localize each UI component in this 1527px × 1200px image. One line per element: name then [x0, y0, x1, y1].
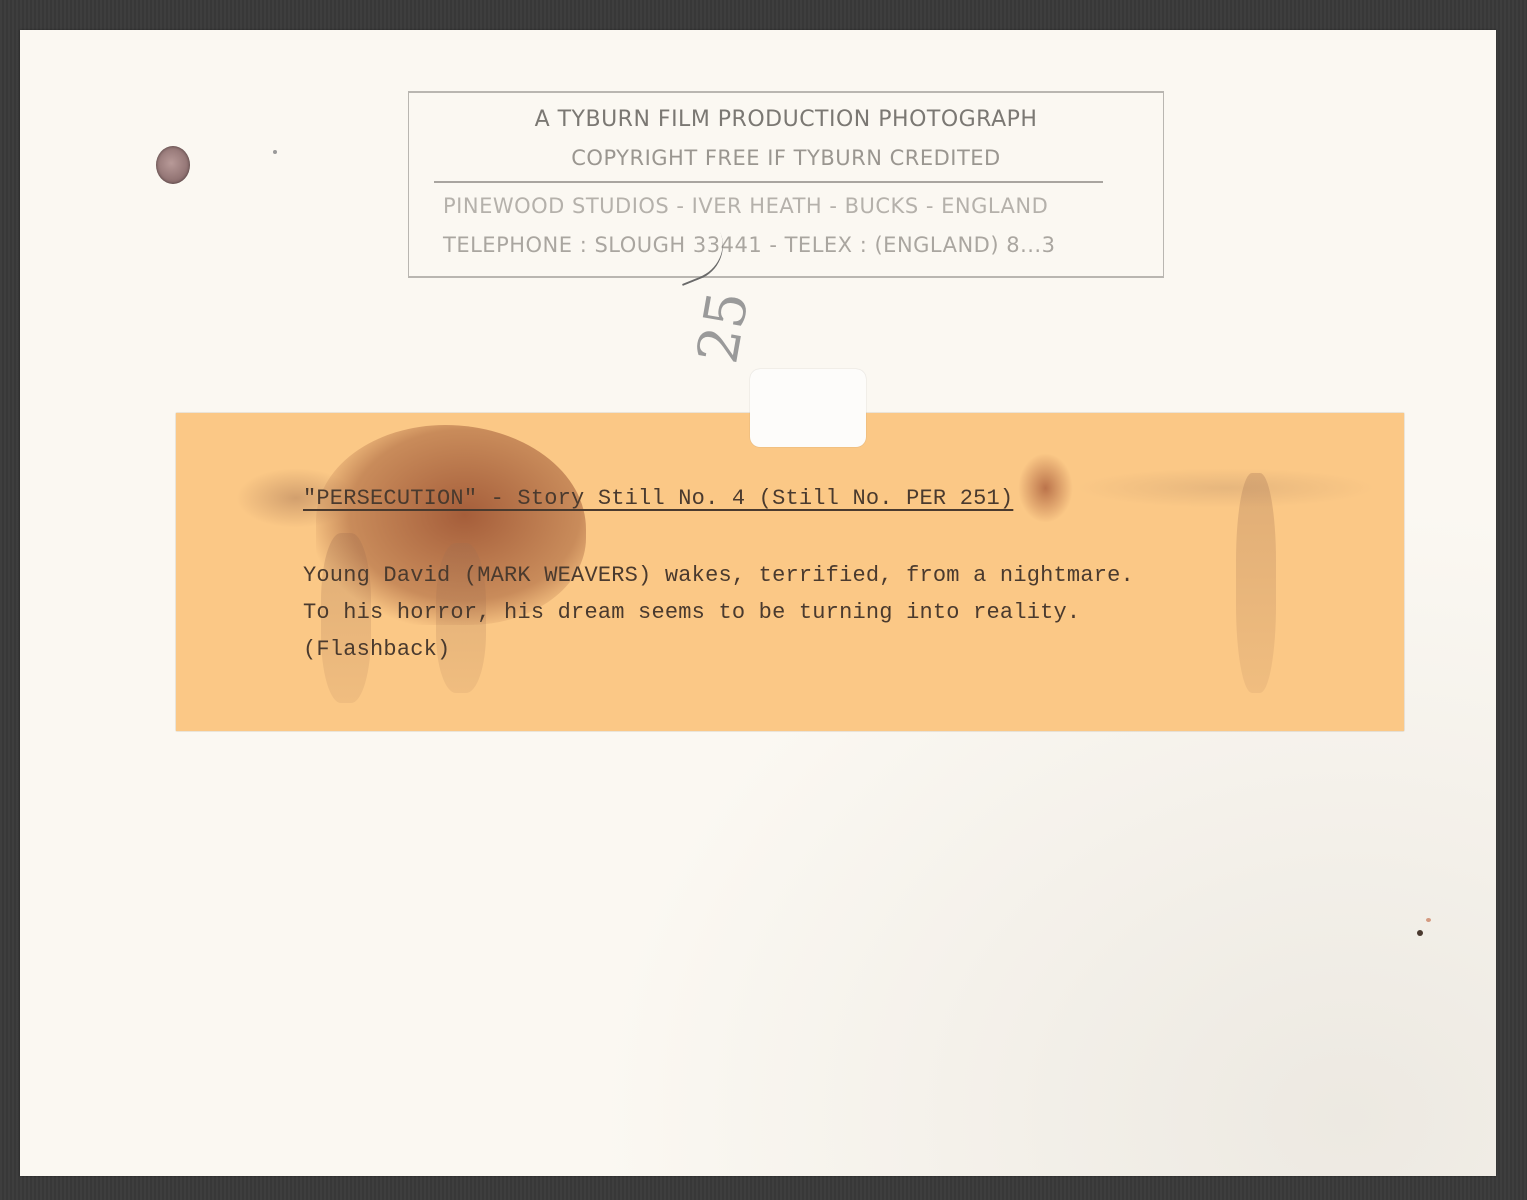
handwritten-number: 25 — [685, 287, 761, 368]
caption-label: "PERSECUTION" - Story Still No. 4 (Still… — [176, 413, 1404, 731]
stain — [1076, 468, 1376, 508]
speck — [1417, 930, 1423, 936]
stamp-line-4: TELEPHONE : SLOUGH 33441 - TELEX : (ENGL… — [443, 233, 1055, 257]
tape-strip — [750, 369, 866, 447]
stain — [1018, 453, 1073, 523]
caption-line-3: (Flashback) — [303, 637, 450, 662]
punch-hole — [156, 146, 190, 184]
speck — [273, 150, 277, 154]
caption-heading: "PERSECUTION" - Story Still No. 4 (Still… — [303, 486, 1013, 511]
stamp-line-2: COPYRIGHT FREE IF TYBURN CREDITED — [409, 146, 1163, 170]
caption-line-2: To his horror, his dream seems to be tur… — [303, 600, 1080, 625]
caption-line-1: Young David (MARK WEAVERS) wakes, terrif… — [303, 563, 1134, 588]
stamp-line-3: PINEWOOD STUDIOS - IVER HEATH - BUCKS - … — [443, 194, 1048, 218]
speck — [1426, 918, 1431, 922]
photo-back-paper: A TYBURN FILM PRODUCTION PHOTOGRAPH COPY… — [20, 30, 1496, 1176]
stamp-line-1: A TYBURN FILM PRODUCTION PHOTOGRAPH — [409, 107, 1163, 132]
tyburn-copyright-stamp: A TYBURN FILM PRODUCTION PHOTOGRAPH COPY… — [408, 91, 1164, 278]
stamp-divider — [434, 181, 1103, 183]
